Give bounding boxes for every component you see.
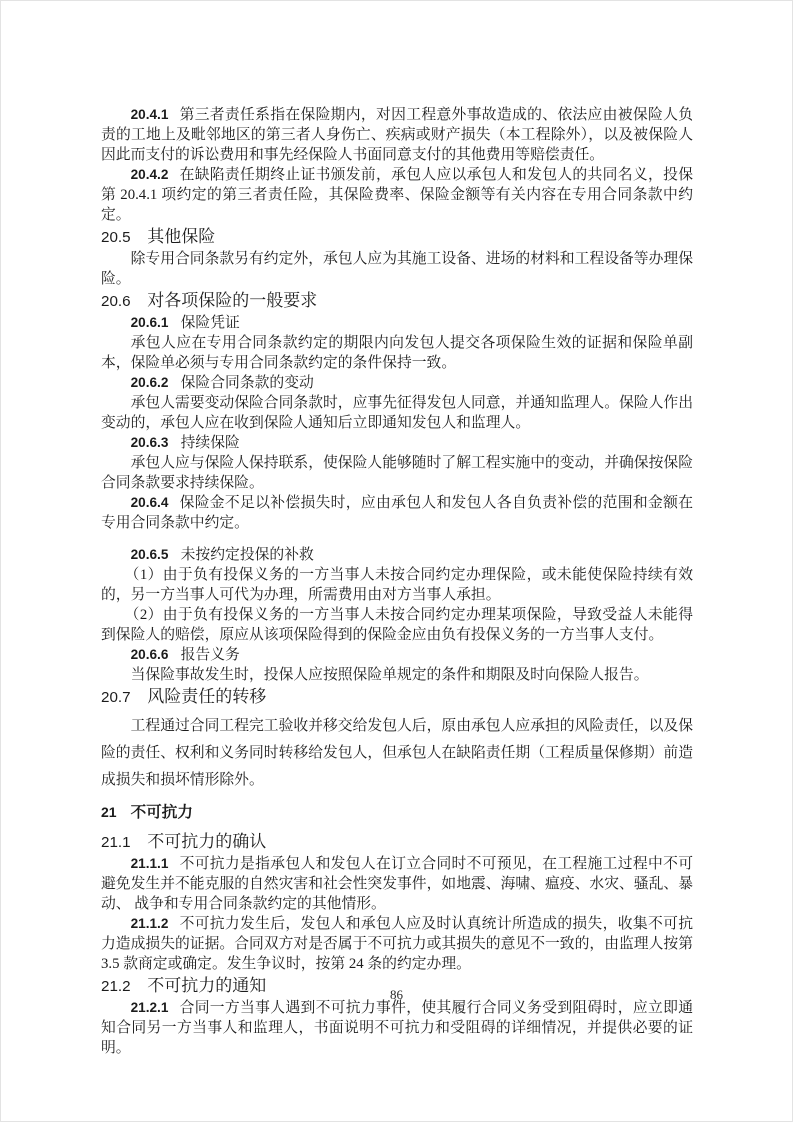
- clause-paragraph: 21.1.2不可抗力发生后，发包人和承包人应及时认真统计所造成的损失，收集不可抗…: [101, 914, 693, 974]
- clause-text: 不可抗力发生后，发包人和承包人应及时认真统计所造成的损失，收集不可抗力造成损失的…: [101, 916, 693, 972]
- clause-text: 在缺陷责任期终止证书颁发前，承包人应以承包人和发包人的共同名义，投保第 20.4…: [101, 167, 693, 223]
- heading-text: 持续保险: [181, 435, 240, 451]
- body-paragraph: 承包人应与保险人保持联系，使保险人能够随时了解工程实施中的变动，并确保按保险合同…: [101, 453, 693, 493]
- clause-number: 20.6.4: [131, 495, 169, 510]
- clause-number: 20.4.2: [131, 167, 169, 182]
- heading-text: 未按约定投保的补救: [181, 547, 314, 563]
- section-number: 21.1: [101, 834, 131, 851]
- section-number: 20.5: [101, 229, 131, 246]
- section-heading: 20.7风险责任的转移: [101, 685, 693, 709]
- heading-text: 不可抗力的确认: [147, 832, 266, 851]
- clause-paragraph: 21.1.1不可抗力是指承包人和发包人在订立合同时不可预见，在工程施工过程中不可…: [101, 854, 693, 914]
- heading-text: 风险责任的转移: [147, 687, 266, 706]
- body-paragraph: （2）由于负有投保义务的一方当事人未按合同约定办理某项保险，导致受益人未能得到保…: [101, 605, 693, 645]
- heading-text: 报告义务: [181, 647, 240, 663]
- subclause-number: 20.6.6: [131, 647, 169, 662]
- heading-text: 不可抗力: [131, 804, 193, 821]
- section-number: 20.6: [101, 293, 131, 310]
- subclause-heading: 20.6.5未按约定投保的补救: [101, 545, 693, 565]
- clause-text: 第三者责任系指在保险期内，对因工程意外事故造成的、依法应由被保险人负责的工地上及…: [101, 107, 693, 163]
- subclause-heading: 20.6.2保险合同条款的变动: [101, 373, 693, 393]
- heading-text: 保险凭证: [181, 315, 240, 331]
- body-paragraph: 当保险事故发生时，投保人应按照保险单规定的条件和期限及时向保险人报告。: [101, 665, 693, 685]
- clause-text: 不可抗力是指承包人和发包人在订立合同时不可预见，在工程施工过程中不可避免发生并不…: [101, 856, 693, 912]
- heading-text: 对各项保险的一般要求: [147, 291, 317, 310]
- subclause-number: 20.6.3: [131, 435, 169, 450]
- subclause-heading: 20.6.6报告义务: [101, 645, 693, 665]
- heading-text: 其他保险: [147, 227, 215, 246]
- body-paragraph: 除专用合同条款另有约定外，承包人应为其施工设备、进场的材料和工程设备等办理保险。: [101, 249, 693, 289]
- section-heading: 20.6对各项保险的一般要求: [101, 289, 693, 313]
- page-body: 20.4.1第三者责任系指在保险期内，对因工程意外事故造成的、依法应由被保险人负…: [101, 105, 693, 1058]
- chapter-heading: 21不可抗力: [101, 801, 693, 824]
- chapter-number: 21: [101, 804, 117, 820]
- clause-paragraph: 20.4.2在缺陷责任期终止证书颁发前，承包人应以承包人和发包人的共同名义，投保…: [101, 165, 693, 225]
- body-paragraph: 承包人需要变动保险合同条款时，应事先征得发包人同意，并通知监理人。保险人作出变动…: [101, 393, 693, 433]
- subclause-number: 20.6.5: [131, 547, 169, 562]
- subclause-number: 20.6.1: [131, 315, 169, 330]
- clause-number: 21.1.2: [131, 916, 169, 931]
- document-page: 20.4.1第三者责任系指在保险期内，对因工程意外事故造成的、依法应由被保险人负…: [0, 0, 793, 1122]
- body-paragraph: 工程通过合同工程完工验收并移交给发包人后，原由承包人应承担的风险责任，以及保险的…: [101, 713, 693, 794]
- body-paragraph: 承包人应在专用合同条款约定的期限内向发包人提交各项保险生效的证据和保险单副本，保…: [101, 333, 693, 373]
- section-number: 20.7: [101, 689, 131, 706]
- subclause-heading: 20.6.1保险凭证: [101, 313, 693, 333]
- body-paragraph: （1）由于负有投保义务的一方当事人未按合同约定办理保险，或未能使保险持续有效的，…: [101, 565, 693, 605]
- subclause-number: 20.6.2: [131, 375, 169, 390]
- clause-paragraph: 20.6.4保险金不足以补偿损失时，应由承包人和发包人各自负责补偿的范围和金额在…: [101, 493, 693, 533]
- section-heading: 21.1不可抗力的确认: [101, 830, 693, 854]
- clause-number: 20.4.1: [131, 107, 169, 122]
- page-number: 86: [1, 987, 792, 1003]
- subclause-heading: 20.6.3持续保险: [101, 433, 693, 453]
- clause-number: 21.1.1: [131, 856, 169, 871]
- section-heading: 20.5其他保险: [101, 225, 693, 249]
- heading-text: 保险合同条款的变动: [181, 375, 314, 391]
- clause-paragraph: 20.4.1第三者责任系指在保险期内，对因工程意外事故造成的、依法应由被保险人负…: [101, 105, 693, 165]
- clause-text: 合同一方当事人遇到不可抗力事件，使其履行合同义务受到阻碍时，应立即通知合同另一方…: [101, 1000, 693, 1056]
- clause-paragraph: 21.2.1合同一方当事人遇到不可抗力事件，使其履行合同义务受到阻碍时，应立即通…: [101, 998, 693, 1058]
- clause-text: 保险金不足以补偿损失时，应由承包人和发包人各自负责补偿的范围和金额在专用合同条款…: [101, 495, 693, 531]
